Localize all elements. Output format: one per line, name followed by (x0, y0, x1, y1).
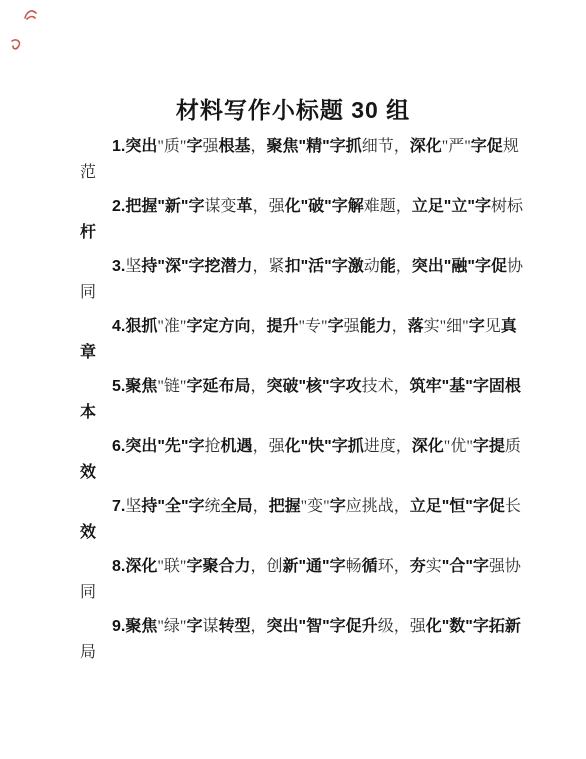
text-run: 难题， (364, 198, 412, 215)
text-run: "链" (157, 378, 186, 395)
text-run: 字聚合力 (186, 558, 250, 575)
text-run: 强 (202, 138, 218, 155)
text-run: 效 (80, 464, 96, 481)
text-run: "质" (157, 138, 186, 155)
text-run: 字促 (471, 138, 503, 155)
list-item: 1.突出"质"字强根基，聚焦"精"字抓细节，深化"严"字促规范 (80, 134, 506, 186)
text-run: 长 (505, 498, 521, 515)
text-run: 聚焦"精"字抓 (267, 138, 362, 155)
text-run: 化"破"字解 (285, 198, 364, 215)
text-run: 畅 (346, 558, 362, 575)
items-list: 1.突出"质"字强根基，聚焦"精"字抓细节，深化"严"字促规范2.把握"新"字谋… (80, 134, 506, 666)
text-run: 夯 (410, 558, 426, 575)
list-item: 2.把握"新"字谋变革，强化"破"字解难题，立足"立"字树标杆 (80, 194, 506, 246)
text-run: 强 (344, 318, 360, 335)
text-run: ， (392, 318, 408, 335)
text-run: "联" (157, 558, 186, 575)
text-run: 落 (408, 318, 424, 335)
text-run: 7. (112, 498, 125, 515)
text-run: ，强 (253, 198, 285, 215)
text-run: 立足"立"字 (412, 198, 491, 215)
text-run: 筑牢"基"字固根 (410, 378, 521, 395)
text-run: 全局 (221, 498, 253, 515)
text-run: 抢 (205, 438, 221, 455)
list-item: 3.坚持"深"字挖潜力，紧扣"活"字激动能，突出"融"字促协同 (80, 254, 506, 306)
text-run: 同 (80, 284, 96, 301)
text-run: 字 (328, 318, 344, 335)
text-run: 深化 (410, 138, 442, 155)
text-run: "优" (444, 438, 473, 455)
text-run: 范 (80, 164, 96, 181)
text-run: 动 (364, 258, 380, 275)
text-run: 谋变 (205, 198, 237, 215)
text-run: 见 (485, 318, 501, 335)
text-run: 实 (426, 558, 442, 575)
list-item: 9.聚焦"绿"字谋转型，突出"智"字促升级，强化"数"字拓新局 (80, 614, 506, 666)
text-run: 技术， (362, 378, 410, 395)
list-item: 6.突出"先"字抢机遇，强化"快"字抓进度，深化"优"字提质效 (80, 434, 506, 486)
text-run: 强协 (489, 558, 521, 575)
text-run: 突出"智"字促升 (267, 618, 378, 635)
text-run: ，紧 (253, 258, 285, 275)
text-run: "专" (298, 318, 327, 335)
text-run: "准" (157, 318, 186, 335)
text-run: 字 (186, 138, 202, 155)
document-page: 材料写作小标题 30 组 1.突出"质"字强根基，聚焦"精"字抓细节，深化"严"… (0, 0, 586, 759)
text-run: 转型 (218, 618, 250, 635)
text-run: 树标 (491, 198, 523, 215)
text-run: "严" (442, 138, 471, 155)
text-run: 持"全"字 (141, 498, 204, 515)
text-run: 根基 (218, 138, 250, 155)
text-run: ，强 (253, 438, 285, 455)
text-run: "绿" (157, 618, 186, 635)
text-run: 革 (237, 198, 253, 215)
text-run: ， (250, 618, 266, 635)
text-run: 实"细" (424, 318, 469, 335)
page-title: 材料写作小标题 30 组 (0, 0, 586, 126)
text-run: 级，强 (378, 618, 426, 635)
text-run: 坚 (125, 498, 141, 515)
text-run: 把握 (269, 498, 301, 515)
text-run: 持"深"字挖潜力 (141, 258, 252, 275)
text-run: 3. (112, 258, 125, 275)
list-item: 8.深化"联"字聚合力，创新"通"字畅循环，夯实"合"字强协同 (80, 554, 506, 606)
text-run: 字 (186, 618, 202, 635)
text-run: 能 (380, 258, 396, 275)
text-run: 坚 (125, 258, 141, 275)
text-run: 字提 (473, 438, 505, 455)
text-run: 能力 (360, 318, 392, 335)
text-run: 8.深化 (112, 558, 157, 575)
text-run: 字定方向 (186, 318, 250, 335)
text-run: ， (253, 498, 269, 515)
text-run: 提升 (266, 318, 298, 335)
text-run: 细节， (362, 138, 410, 155)
text-run: 1.突出 (112, 138, 157, 155)
text-run: ，创 (250, 558, 282, 575)
text-run: 6.突出"先"字 (112, 438, 205, 455)
text-run: ， (250, 138, 266, 155)
list-item: 5.聚焦"链"字延布局，突破"核"字攻技术，筑牢"基"字固根本 (80, 374, 506, 426)
text-run: 新"通"字 (282, 558, 345, 575)
text-run: 循 (362, 558, 378, 575)
text-run: 5.聚焦 (112, 378, 157, 395)
text-run: 本 (80, 404, 96, 421)
text-run: 深化 (412, 438, 444, 455)
text-run: 谋 (202, 618, 218, 635)
text-run: 字 (469, 318, 485, 335)
text-run: 统 (205, 498, 221, 515)
text-run: 4.狠抓 (112, 318, 157, 335)
text-run: 突出"融"字促 (412, 258, 507, 275)
text-run: 效 (80, 524, 96, 541)
text-run: 质 (505, 438, 521, 455)
text-run: 9.聚焦 (112, 618, 157, 635)
text-run: 协 (507, 258, 523, 275)
text-run: 化"快"字抓 (285, 438, 364, 455)
text-run: ， (396, 258, 412, 275)
text-run: 杆 (80, 224, 96, 241)
text-run: ， (250, 318, 266, 335)
text-run: 突破"核"字攻 (266, 378, 361, 395)
text-run: ， (250, 378, 266, 395)
text-run: "变" (301, 498, 330, 515)
list-item: 4.狠抓"准"字定方向，提升"专"字强能力，落实"细"字见真章 (80, 314, 506, 366)
text-run: 应挑战， (346, 498, 410, 515)
text-run: "合"字 (442, 558, 489, 575)
text-run: 化"数"字拓新 (426, 618, 521, 635)
text-run: 章 (80, 344, 96, 361)
text-run: 规 (503, 138, 519, 155)
text-run: 机遇 (221, 438, 253, 455)
text-run: 同 (80, 584, 96, 601)
text-run: 进度， (364, 438, 412, 455)
text-run: 环， (378, 558, 410, 575)
text-run: 真 (501, 318, 517, 335)
text-run: 字延布局 (186, 378, 250, 395)
text-run: 字 (330, 498, 346, 515)
list-item: 7.坚持"全"字统全局，把握"变"字应挑战，立足"恒"字促长效 (80, 494, 506, 546)
text-run: 立足"恒"字促 (410, 498, 505, 515)
text-run: 局 (80, 644, 96, 661)
text-run: 2.把握"新"字 (112, 198, 205, 215)
text-run: 扣"活"字激 (285, 258, 364, 275)
